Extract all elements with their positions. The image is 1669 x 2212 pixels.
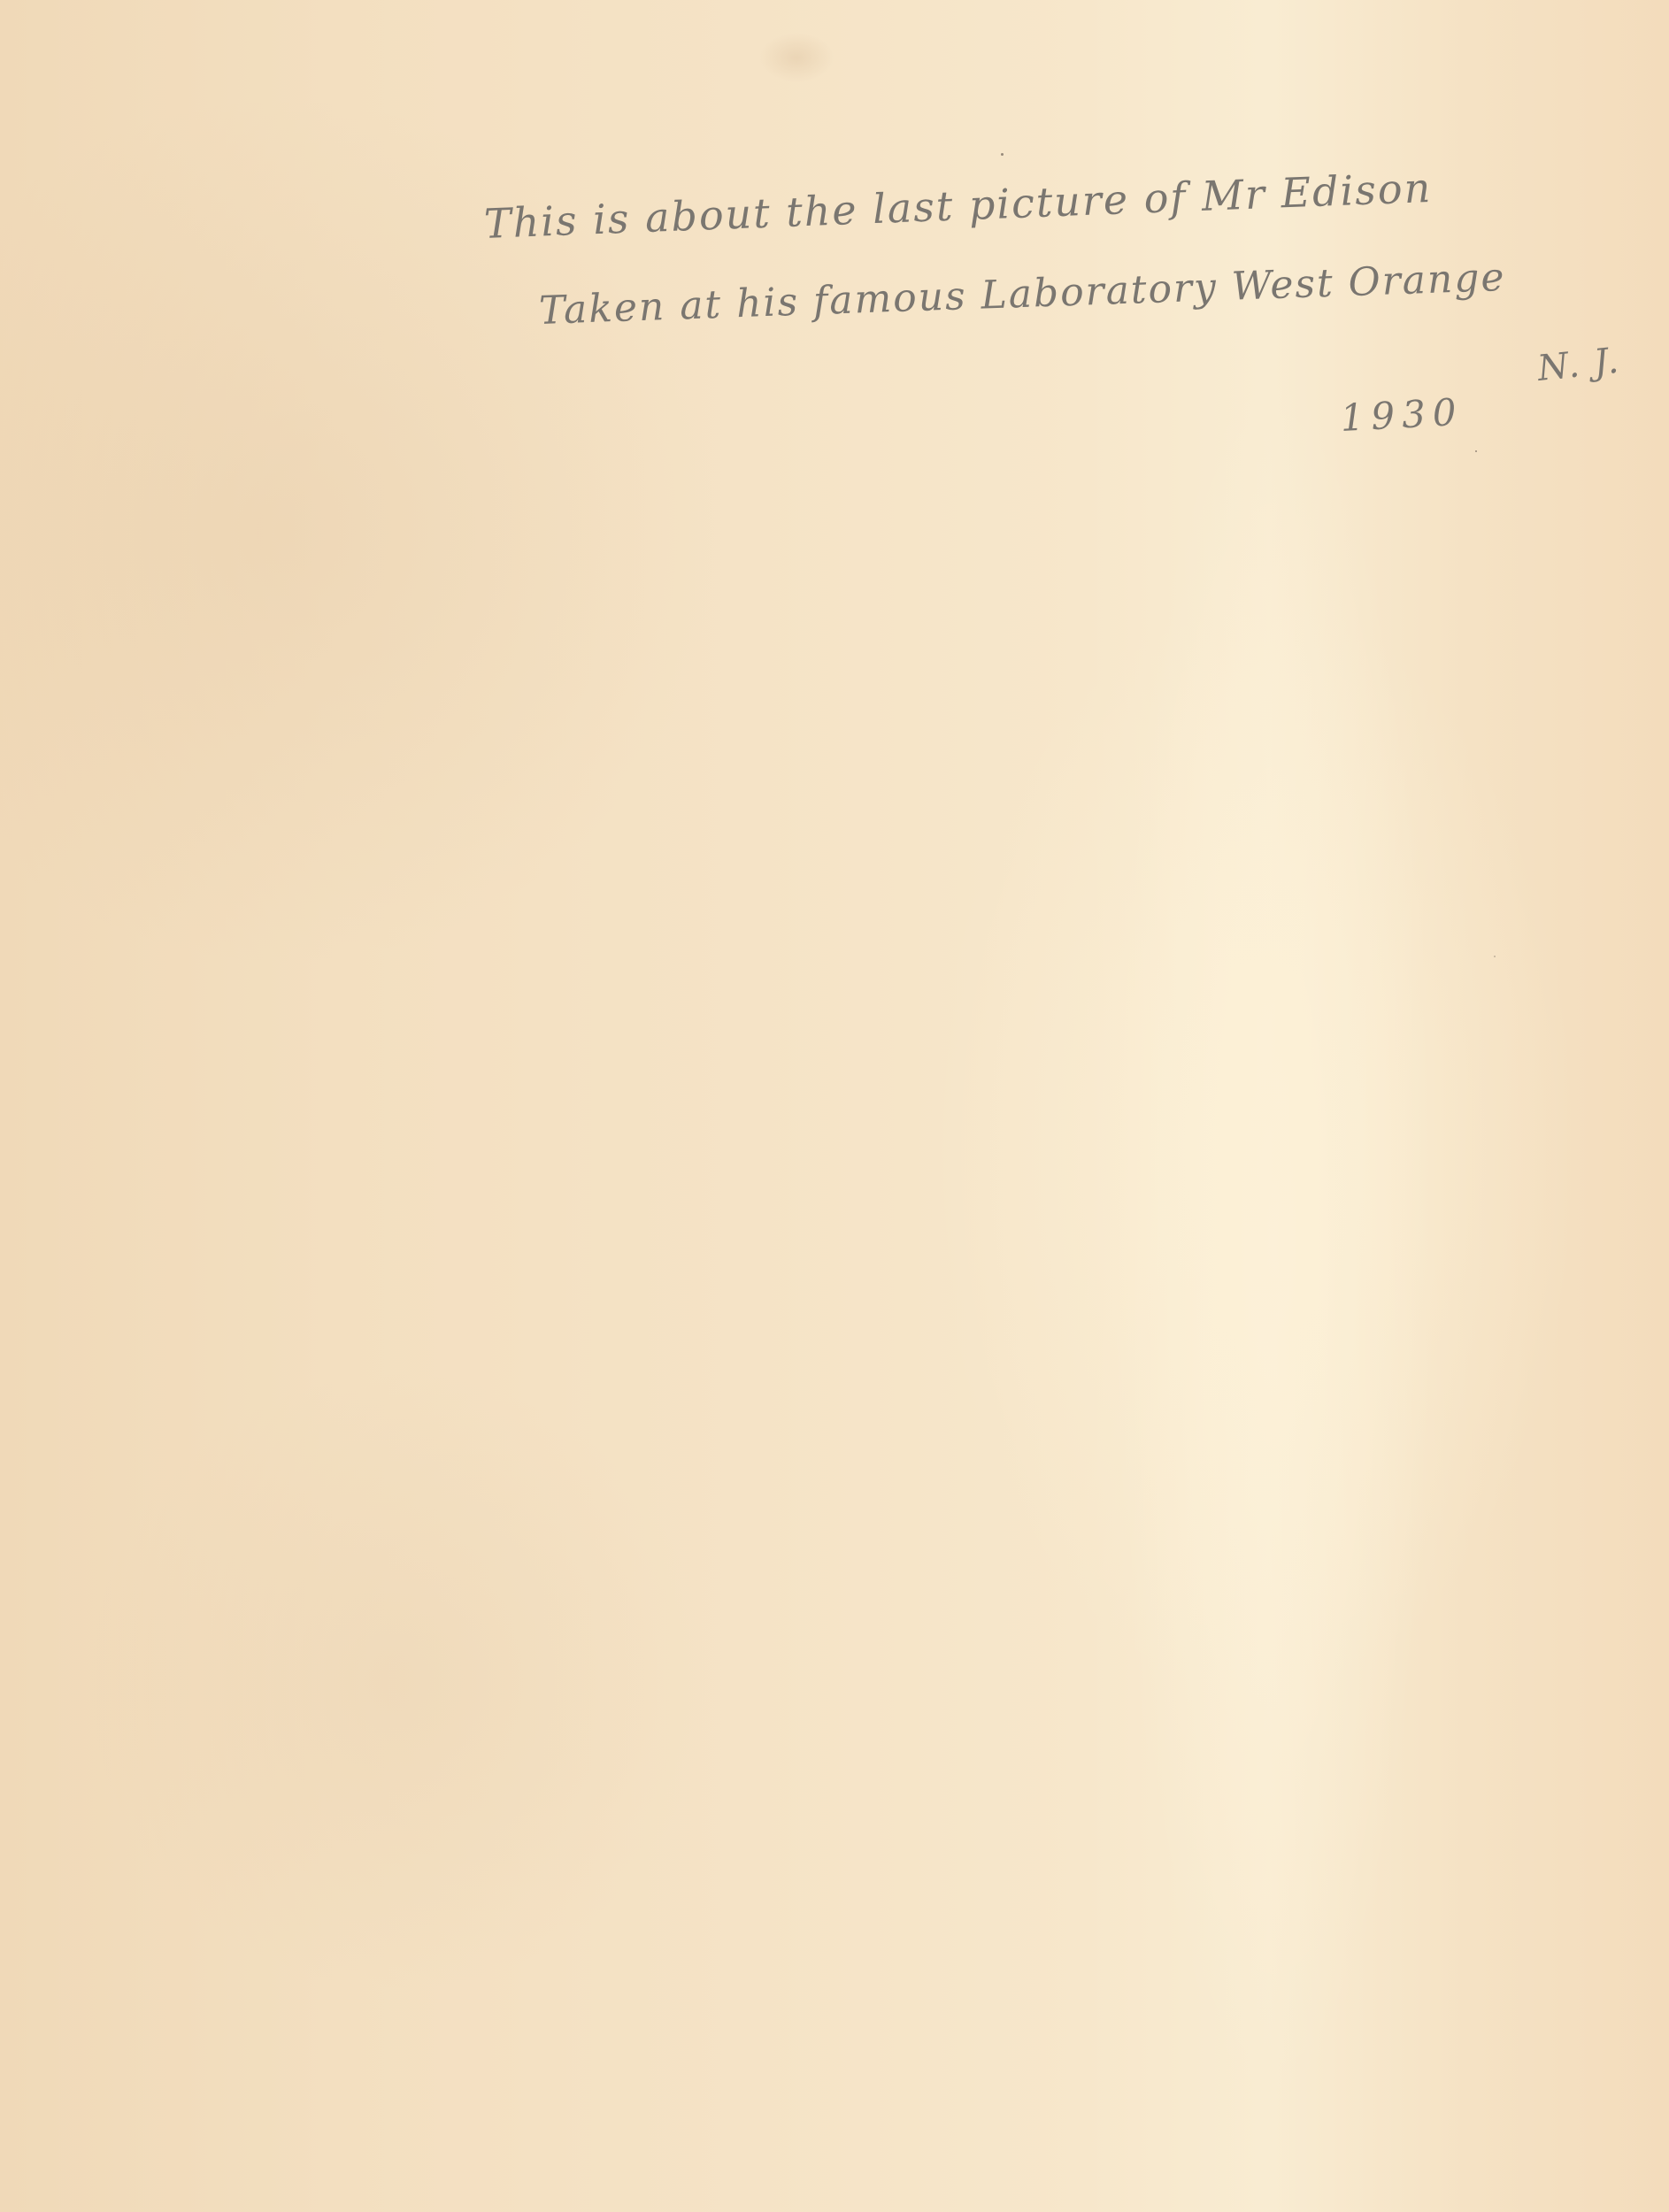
inscription-state: N. J.	[1535, 340, 1622, 389]
inscription-year: 1930	[1339, 390, 1464, 440]
paper-speck	[1475, 450, 1477, 452]
paper-speck	[1494, 956, 1496, 957]
paper-speck	[1001, 153, 1004, 156]
paper-sheet	[0, 0, 1669, 2212]
